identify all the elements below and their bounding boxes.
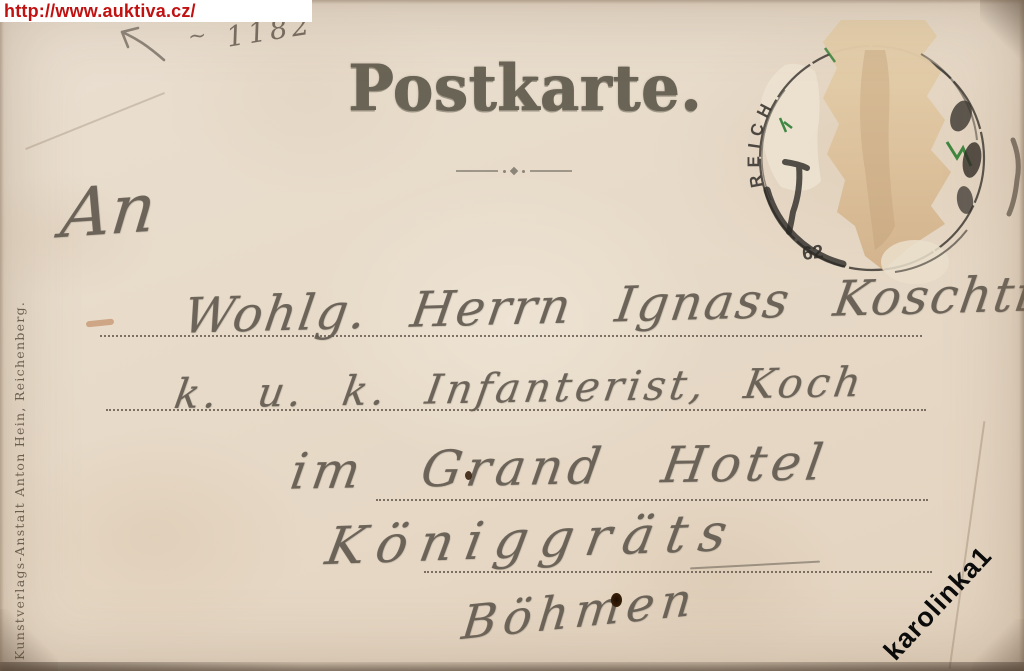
postmark-number: 62 bbox=[801, 242, 825, 265]
left-edge-shadow bbox=[0, 0, 4, 671]
right-edge-shadow bbox=[1019, 0, 1024, 671]
address-dotted-line-4 bbox=[424, 571, 932, 573]
postcard-title: Postkarte. bbox=[348, 52, 688, 126]
top-edge-shadow bbox=[300, 0, 1024, 4]
paper-spot bbox=[465, 471, 472, 480]
divider-line-right bbox=[530, 170, 572, 172]
corner-shadow-top-right bbox=[980, 0, 1024, 74]
rust-mark bbox=[86, 319, 114, 328]
paper-hole-spot bbox=[611, 593, 622, 607]
handwriting-line-4: im Grand Hotel bbox=[287, 433, 832, 500]
ornament-divider-icon bbox=[452, 168, 576, 174]
edge-ink-mark bbox=[1009, 140, 1018, 214]
divider-diamond bbox=[510, 167, 518, 175]
paper-crease bbox=[25, 92, 165, 150]
handwriting-line-5: Königgräts bbox=[321, 503, 743, 577]
address-dotted-line-3 bbox=[376, 499, 928, 501]
postcard-scan: Postkarte. Kunstverlags-Anstalt Anton He… bbox=[0, 0, 1024, 671]
divider-line-left bbox=[456, 170, 498, 172]
auction-watermark-bar: http://www.auktiva.cz/ bbox=[0, 0, 312, 22]
bottom-edge-shadow bbox=[0, 662, 1024, 671]
divider-dot bbox=[522, 170, 525, 173]
handwriting-line-6: Böhmen bbox=[459, 572, 701, 651]
publisher-imprint: Kunstverlags-Anstalt Anton Hein, Reichen… bbox=[12, 301, 27, 660]
auction-watermark-url: http://www.auktiva.cz/ bbox=[0, 1, 196, 22]
handwriting-line-1: An bbox=[57, 169, 159, 254]
divider-dot bbox=[503, 170, 506, 173]
handwriting-line-2: Wohlg. Herrn Ignass Koschtial bbox=[180, 264, 1024, 344]
pencil-arrow-icon bbox=[108, 22, 172, 66]
pencil-squiggle: ~ bbox=[187, 23, 208, 50]
